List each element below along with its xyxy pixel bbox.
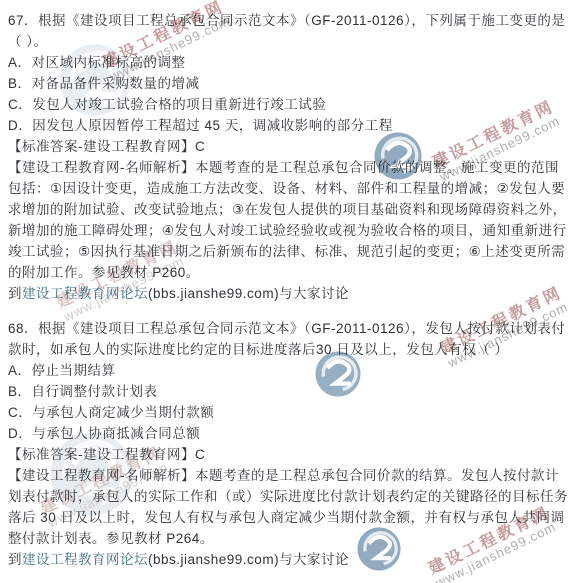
option-line: B．对备品备件采购数量的增减	[8, 73, 577, 94]
analysis-line: 【建设工程教育网-名师解析】本题考查的是工程总承包合同价款的调整。施工变更的范围	[8, 157, 577, 178]
forum-link[interactable]: 建设工程教育网论坛	[22, 286, 148, 301]
option-line: C．与承包人商定减少当期付款额	[8, 402, 577, 423]
analysis-line: 整付款计划表。参见教材 P264。	[8, 528, 577, 549]
analysis-line: 划表付款时，承包人的实际工作和（或）实际进度比付款计划表约定的关键路径的目标任务	[8, 486, 577, 507]
option-line: B．自行调整付款计划表	[8, 381, 577, 402]
option-line: C．发包人对竣工试验合格的项目重新进行竣工试验	[8, 94, 577, 115]
forum-link[interactable]: 建设工程教育网论坛	[22, 552, 148, 567]
question-68: 68．根据《建设项目工程总承包合同示范文本》（GF-2011-0126），发包人…	[8, 318, 577, 570]
forum-line-rest: (bbs.jianshe99.com)与大家讨论	[148, 286, 349, 301]
question-stem-line: 68．根据《建设项目工程总承包合同示范文本》（GF-2011-0126），发包人…	[8, 318, 577, 339]
forum-line: 到建设工程教育网论坛(bbs.jianshe99.com)与大家讨论	[8, 549, 577, 570]
analysis-line: 包括：①因设计变更，造成施工方法改变、设备、材料、部件和工程量的增减；②发包人要	[8, 178, 577, 199]
analysis-line: 求增加的附加试验、改变试验地点；③在发包人提供的项目基础资料和现场障碍资料之外，	[8, 199, 577, 220]
option-line: D．因发包人原因暂停工程超过 45 天，调减收影响的部分工程	[8, 115, 577, 136]
analysis-line: 【建设工程教育网-名师解析】本题考查的是工程总承包合同价款的结算。发包人按付款计	[8, 465, 577, 486]
option-line: A．对区域内标准标高的调整	[8, 52, 577, 73]
exam-document-page: 建设工程教育网www.jianshe99.com建设工程教育网www.jians…	[0, 0, 583, 583]
option-line: D．与承包人协商抵减合同总额	[8, 423, 577, 444]
question-stem-line: 款时，如承包人的实际进度比约定的目标进度落后30 日及以上，发包人有权（ ）	[8, 339, 577, 360]
analysis-line: 新增加的施工障碍处理；④发包人对竣工试验经验收或视为验收合格的项目，通知重新进行	[8, 220, 577, 241]
option-line: A．停止当期结算	[8, 360, 577, 381]
forum-line-rest: (bbs.jianshe99.com)与大家讨论	[148, 552, 349, 567]
document-content: 67．根据《建设项目工程总承包合同示范文本》（GF-2011-0126），下列属…	[0, 0, 583, 570]
question-67: 67．根据《建设项目工程总承包合同示范文本》（GF-2011-0126），下列属…	[8, 10, 577, 304]
question-stem-line: （ ）。	[8, 31, 577, 52]
forum-line: 到建设工程教育网论坛(bbs.jianshe99.com)与大家讨论	[8, 283, 577, 304]
question-stem-line: 67．根据《建设项目工程总承包合同示范文本》（GF-2011-0126），下列属…	[8, 10, 577, 31]
analysis-line: 的附加工作。参见教材 P260。	[8, 262, 577, 283]
forum-line-prefix: 到	[8, 552, 22, 567]
analysis-line: 竣工试验；⑤因执行基准日期之后新颁布的法律、标准、规范引起的变更；⑥上述变更所需	[8, 241, 577, 262]
answer-line: 【标准答案-建设工程教育网】C	[8, 444, 577, 465]
forum-line-prefix: 到	[8, 286, 22, 301]
analysis-line: 落后 30 日及以上时，发包人有权与承包人商定减少当期付款金额，并有权与承包人共…	[8, 507, 577, 528]
answer-line: 【标准答案-建设工程教育网】C	[8, 136, 577, 157]
